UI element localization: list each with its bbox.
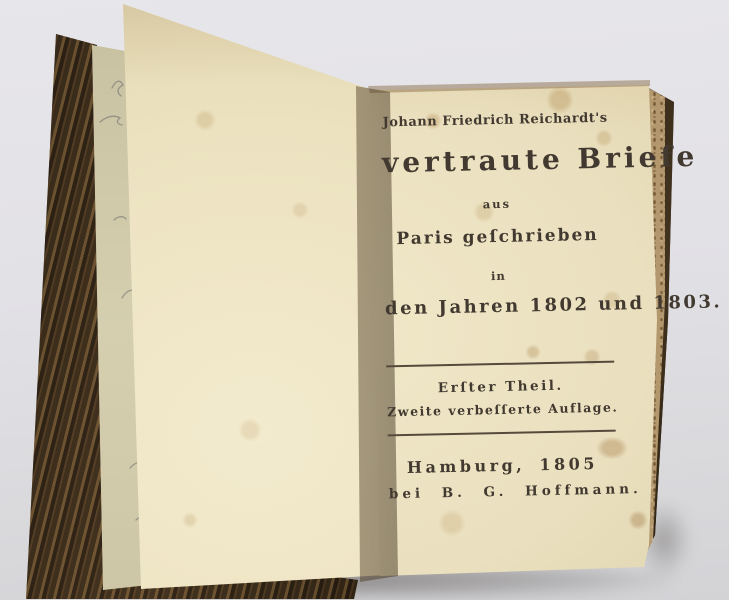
connector-aus: aus bbox=[383, 195, 611, 214]
part-line: Erſter Theil. bbox=[387, 377, 615, 398]
title-page-text: Johann Friedrich Reichardt's vertraute B… bbox=[381, 98, 618, 513]
imprint-publisher: bei B. G. Hoffmann. bbox=[389, 482, 617, 503]
divider-rule-bottom bbox=[388, 430, 616, 436]
place-line: Paris geſchrieben bbox=[383, 225, 611, 250]
imprint-city-year: Hamburg, 1805 bbox=[388, 454, 616, 478]
author-line: Johann Friedrich Reichardt's bbox=[381, 111, 609, 131]
book-title-line: vertraute Briefe bbox=[382, 142, 611, 180]
book-photo: Johann Friedrich Reichardt's vertraute B… bbox=[0, 0, 729, 600]
edition-line: Zweite verbeſſerte Auflage. bbox=[387, 400, 615, 420]
years-line: den Jahren 1802 und 1803. bbox=[385, 294, 613, 320]
divider-rule-top bbox=[386, 361, 614, 367]
connector-in: in bbox=[384, 267, 612, 286]
